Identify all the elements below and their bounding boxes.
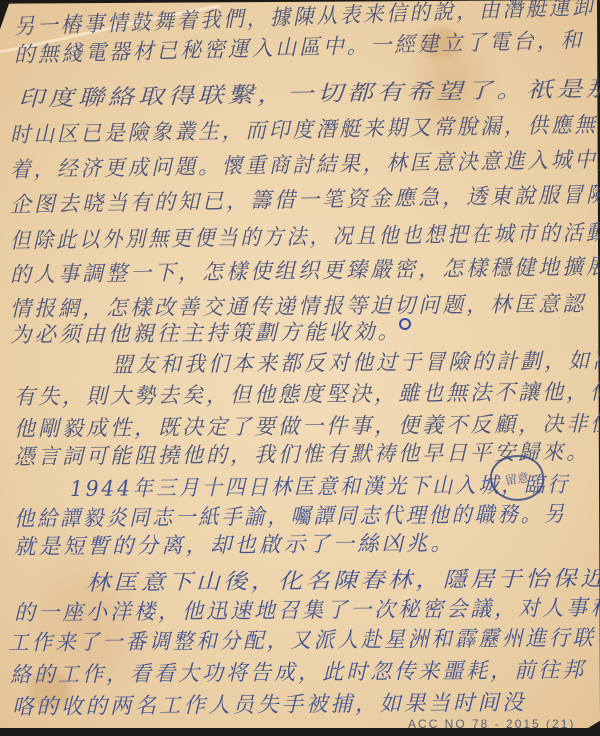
text-line-5: 着，经济更成问題。懷重商討結果，林匡意決意進入城中，預	[10, 142, 600, 184]
text-line-21: 絡的工作，看看大功将告成，此时忽传来噩耗，前往邦	[10, 653, 587, 689]
text-line-6: 企图去晓当有的知已，籌借一笔资金應急，透東說服冒險。	[10, 177, 600, 219]
text-line-4: 时山区已是險象叢生，而印度潛艇来期又常脫漏，供應無	[10, 108, 598, 149]
circle-mark-icon	[399, 318, 411, 330]
text-line-10: 为必须由他親往主持策劃方能收効。	[10, 315, 402, 349]
handwritten-text: 另一樁事情鼓舞着我們，據陳从表来信的說，由潛艇運卸下 的無綫電器材已秘密運入山區…	[0, 0, 600, 736]
scan-border	[0, 728, 600, 736]
text-line-17: 就是短暫的分离，却也啟示了一絲凶兆。	[14, 526, 455, 561]
text-line-22: 咯的收的两名工作人员失手被捕，如果当时间没	[12, 686, 527, 721]
text-line-11: 盟友和我们本来都反对他过于冒險的計劃，如萬一	[112, 343, 600, 379]
text-line-8: 的人事調整一下，怎樣使组织更臻嚴密，怎樣穩健地擴展	[10, 250, 600, 289]
text-line-20: 工作来了一番调整和分配，又派人赴星洲和霹靂州進行联	[8, 621, 596, 657]
text-line-12: 有失，則大勢去矣，但他態度堅決，雖也無法不讓他，何況	[14, 375, 600, 411]
text-line-7: 但除此以外別無更便当的方法，况且他也想把在城市的活動	[10, 216, 600, 255]
text-line-3: 印度聯絡取得联繫，一切都有希望了。祇是那	[18, 72, 600, 113]
